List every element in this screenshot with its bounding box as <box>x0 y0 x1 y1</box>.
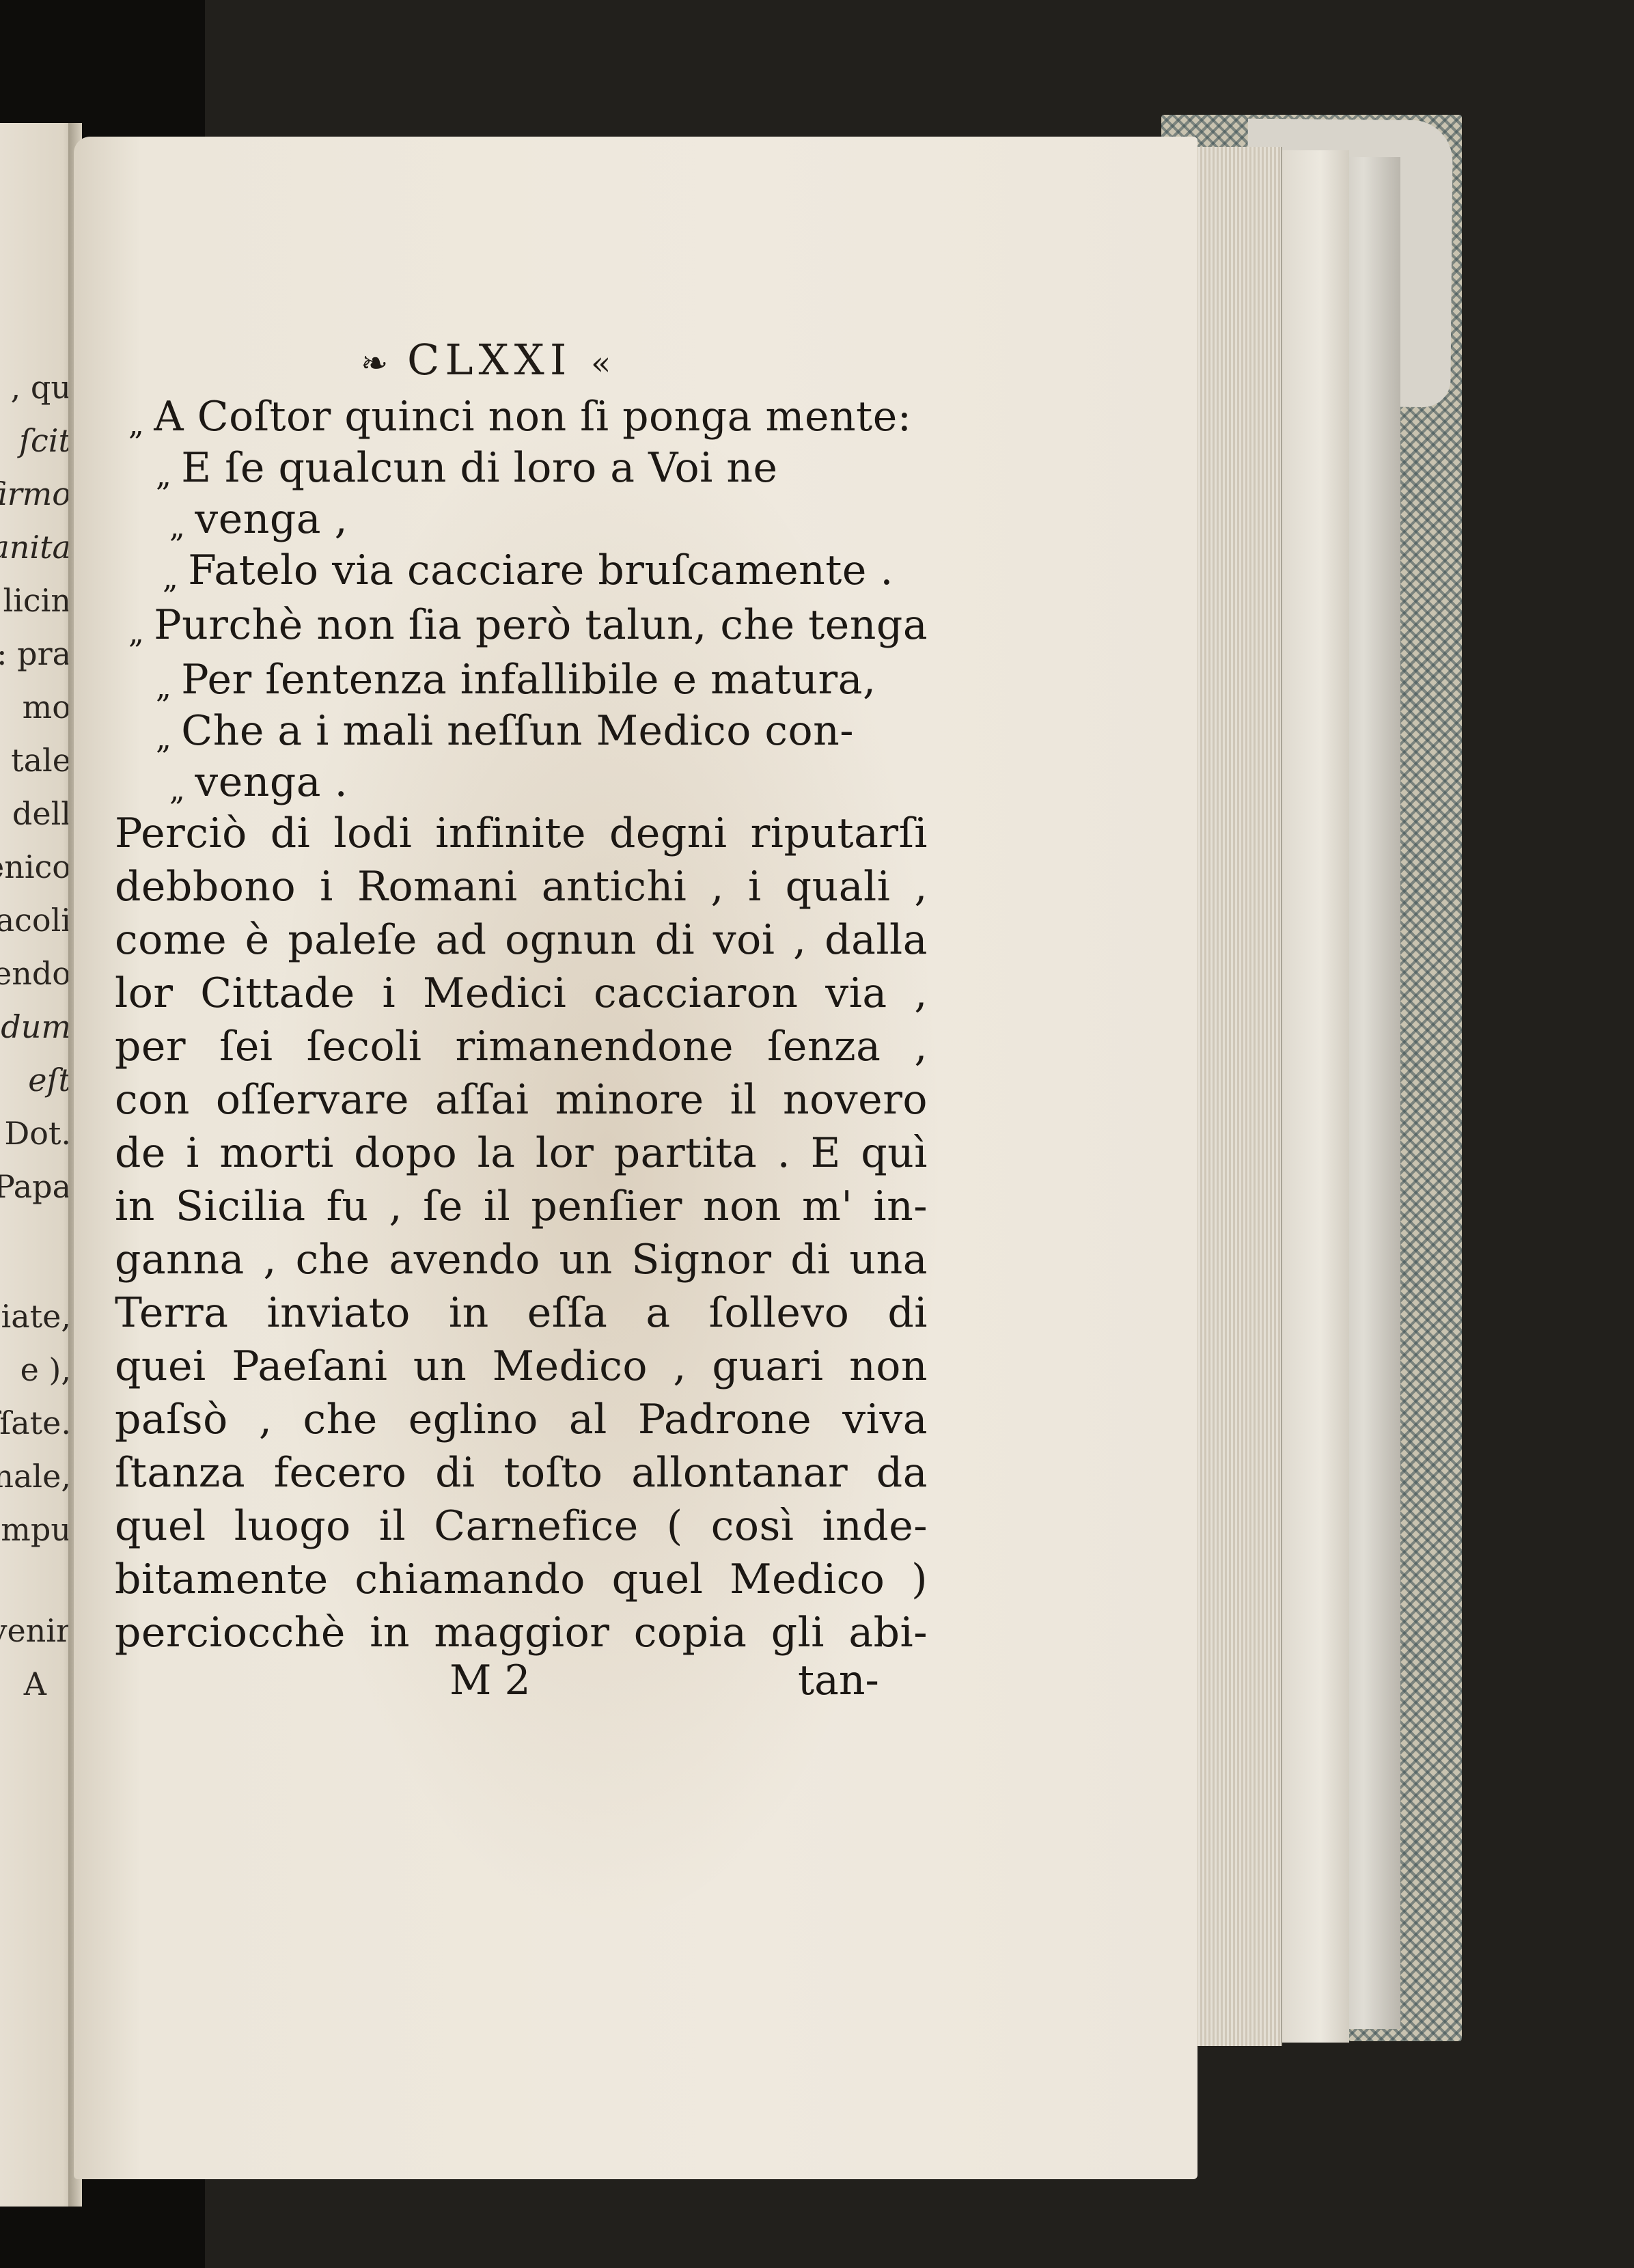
verse-line: „E ſe qualcun di loro a Voi ne <box>156 444 778 492</box>
left-fragment: dum <box>1 1008 71 1045</box>
folio-number: CLXXI <box>407 335 572 385</box>
prose-line: con oſſervare aſſai minore il novero <box>115 1076 928 1124</box>
left-fragment: A <box>24 1665 46 1702</box>
left-fragment: ſſate. <box>0 1405 71 1441</box>
left-fragment: venir <box>0 1612 71 1649</box>
left-fragment: mpu <box>1 1511 71 1548</box>
verse-line: „Per ſentenza infallibile e matura, <box>156 656 876 704</box>
ornament-icon: ❧ <box>361 344 388 383</box>
left-fragment: anita <box>0 529 71 566</box>
left-fragment: firmo <box>0 475 71 512</box>
left-fragment: tale <box>11 742 71 779</box>
left-fragment: enale, <box>0 1458 71 1495</box>
prose-line: Terra inviato in eſſa a ſollevo di <box>115 1289 928 1337</box>
verse-line: „Che a i mali neſſun Medico con- <box>156 707 854 755</box>
left-fragment: ſcit <box>19 422 71 459</box>
prose-line: perciocchè in maggior copia gli abi- <box>115 1609 928 1657</box>
page-stack-edge-inner <box>1277 150 1349 2043</box>
ornament-icon: « <box>591 344 611 383</box>
left-fragment: mo <box>23 689 71 725</box>
prose-line: ganna , che avendo un Signor di una <box>115 1236 928 1284</box>
prose-line: Perciò di lodi infinite degni riputarſi <box>115 810 928 857</box>
left-fragment: Dot. <box>4 1115 71 1152</box>
left-fragment: licin <box>3 582 71 619</box>
prose-line: in Sicilia fu , ſe il penſier non m' in- <box>115 1183 928 1230</box>
prose-line: quel luogo il Carnefice ( così inde- <box>115 1502 928 1550</box>
left-fragment: acoli <box>0 902 71 939</box>
left-fragment: enico <box>0 848 71 885</box>
verse-line: „venga . <box>169 758 348 806</box>
left-fragment: : pra <box>0 635 71 672</box>
running-header: ❧ CLXXI « <box>361 335 611 385</box>
left-fragment: eſt <box>28 1062 71 1098</box>
prose-line: debbono i Romani antichi , i quali , <box>115 863 928 911</box>
catchword: tan- <box>798 1657 879 1704</box>
prose-line: bitamente chiamando quel Medico ) <box>115 1555 928 1603</box>
left-fragment: ciate, <box>0 1298 71 1335</box>
prose-line: ſtanza fecero di toſto allontanar da <box>115 1449 928 1497</box>
left-fragment: e ), <box>20 1351 71 1388</box>
verse-line: „A Coſtor quinci non ſi ponga mente: <box>128 393 911 441</box>
left-fragment: , qu <box>11 369 71 406</box>
left-fragment: Papa <box>0 1168 71 1205</box>
book-page: ❧ CLXXI « „A Coſtor quinci non ſi ponga … <box>74 137 1197 2179</box>
verse-line: „Fatelo via cacciare bruſcamente . <box>163 547 894 594</box>
verse-line: „venga , <box>169 495 348 543</box>
prose-line: quei Paeſani un Medico , guari non <box>115 1342 928 1390</box>
previous-page-fragment: , qu ſcit firmo anita licin : pra mo tal… <box>0 123 74 2207</box>
prose-line: paſsò , che eglino al Padrone viva <box>115 1396 928 1443</box>
prose-line: per ſei ſecoli rimanendone ſenza , <box>115 1023 928 1070</box>
page-stack-edge <box>1192 147 1282 2046</box>
prose-line: lor Cittade i Medici cacciaron via , <box>115 969 928 1017</box>
left-fragment: dell <box>12 795 71 832</box>
prose-line: come è paleſe ad ognun di voi , dalla <box>115 916 928 964</box>
verse-line: „Purchè non ſia però talun, che tenga <box>128 601 928 649</box>
prose-line: de i morti dopo la lor partita . E quì <box>115 1129 928 1177</box>
left-fragment: endo <box>0 955 71 992</box>
signature-mark: M 2 <box>449 1657 531 1704</box>
